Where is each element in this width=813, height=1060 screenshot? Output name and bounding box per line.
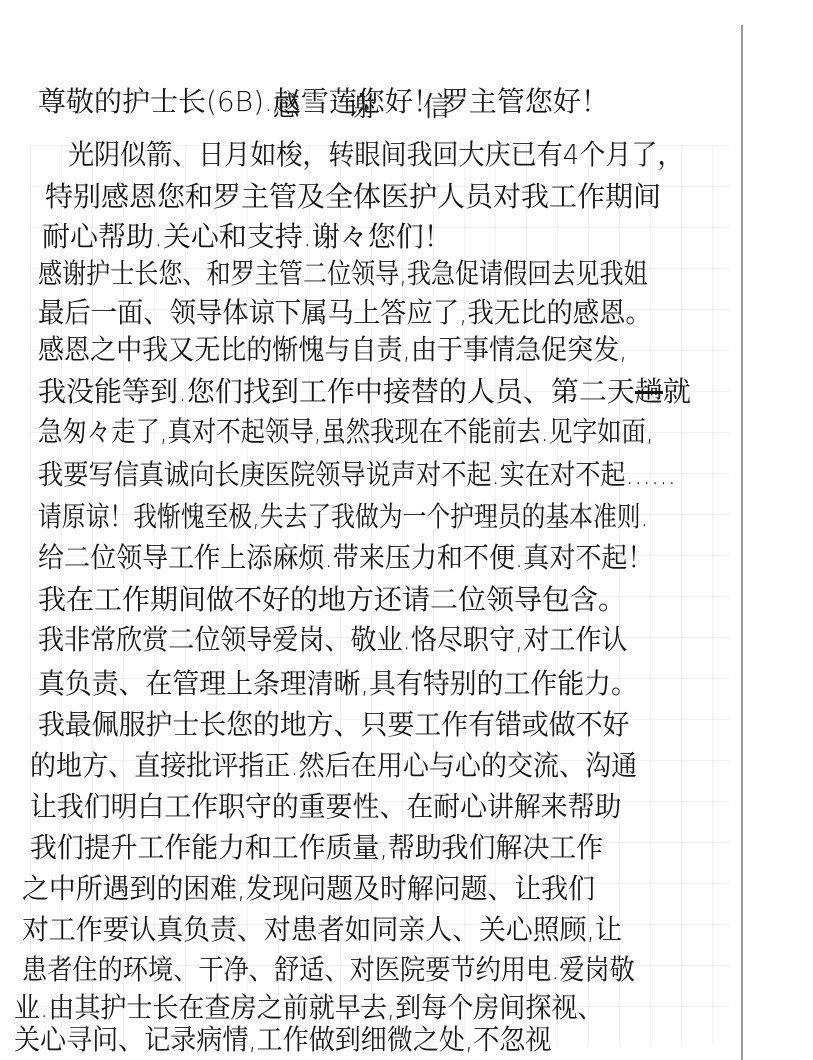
body-line-15: 我最佩服护士长您的地方、只要工作有错或做不好 [38, 703, 629, 743]
line-tail: 就 [663, 375, 691, 408]
body-line-11: 给二位领导工作上添麻烦.带来压力和不便.真对不起！ [38, 536, 653, 576]
body-line-23: 关心寻问、记录病情,工作做到细微之处,不忽视 [14, 1018, 551, 1058]
body-line-17: 让我们明白工作职守的重要性、在耐心讲解来帮助 [30, 785, 621, 825]
line-text: 我没能等到.您们找到工作中接替的人员、第二天 [38, 375, 635, 408]
body-line-7: 我没能等到.您们找到工作中接替的人员、第二天趟就 [38, 370, 691, 410]
body-line-8: 急匆々走了,真对不起领导,虽然我现在不能前去.见字如面, [38, 410, 654, 450]
salutation-line: 尊敬的护士长(6B).赵雪莲您好！罗主管您好！ [38, 80, 609, 120]
body-line-9: 我要写信真诚向长庚医院领导说声对不起.实在对不起…… [38, 453, 676, 493]
body-line-4: 感谢护士长您、和罗主管二位领导,我急促请假回去见我姐 [38, 252, 648, 292]
body-line-3: 耐心帮助.关心和支持.谢々您们！ [42, 215, 452, 255]
body-line-14: 真负责、在管理上条理清晰,具有特别的工作能力。 [38, 662, 638, 702]
body-line-19: 之中所遇到的困难,发现问题及时解问题、让我们 [22, 867, 595, 907]
body-line-6: 感恩之中我又无比的惭愧与自责,由于事情急促突发, [38, 328, 627, 368]
body-line-18: 我们提升工作能力和工作质量,帮助我们解决工作 [30, 826, 603, 866]
struck-out-character: 趟 [635, 375, 663, 408]
body-line-20: 对工作要认真负责、对患者如同亲人、关心照顾,让 [22, 908, 622, 948]
body-line-5: 最后一面、领导体谅下属马上答应了,我无比的感恩。 [38, 291, 652, 331]
body-line-13: 我非常欣赏二位领导爱岗、敬业.恪尽职守,对工作认 [38, 618, 627, 658]
body-line-2: 特别感恩您和罗主管及全体医护人员对我工作期间 [45, 175, 661, 215]
body-line-21: 患者住的环境、干净、舒适、对医院要节约用电.爱岗敬 [22, 948, 635, 988]
body-line-12: 我在工作期间做不好的地方还请二位领导包含。 [38, 578, 626, 618]
body-line-16: 的地方、直接批评指正.然后在用心与心的交流、沟通 [30, 744, 637, 784]
body-line-10: 请原谅！我惭愧至极,失去了我做为一个护理员的基本准则. [38, 495, 648, 535]
body-line-1: 光阴似箭、日月如梭，转眼间我回大庆已有4个月了， [68, 133, 684, 173]
